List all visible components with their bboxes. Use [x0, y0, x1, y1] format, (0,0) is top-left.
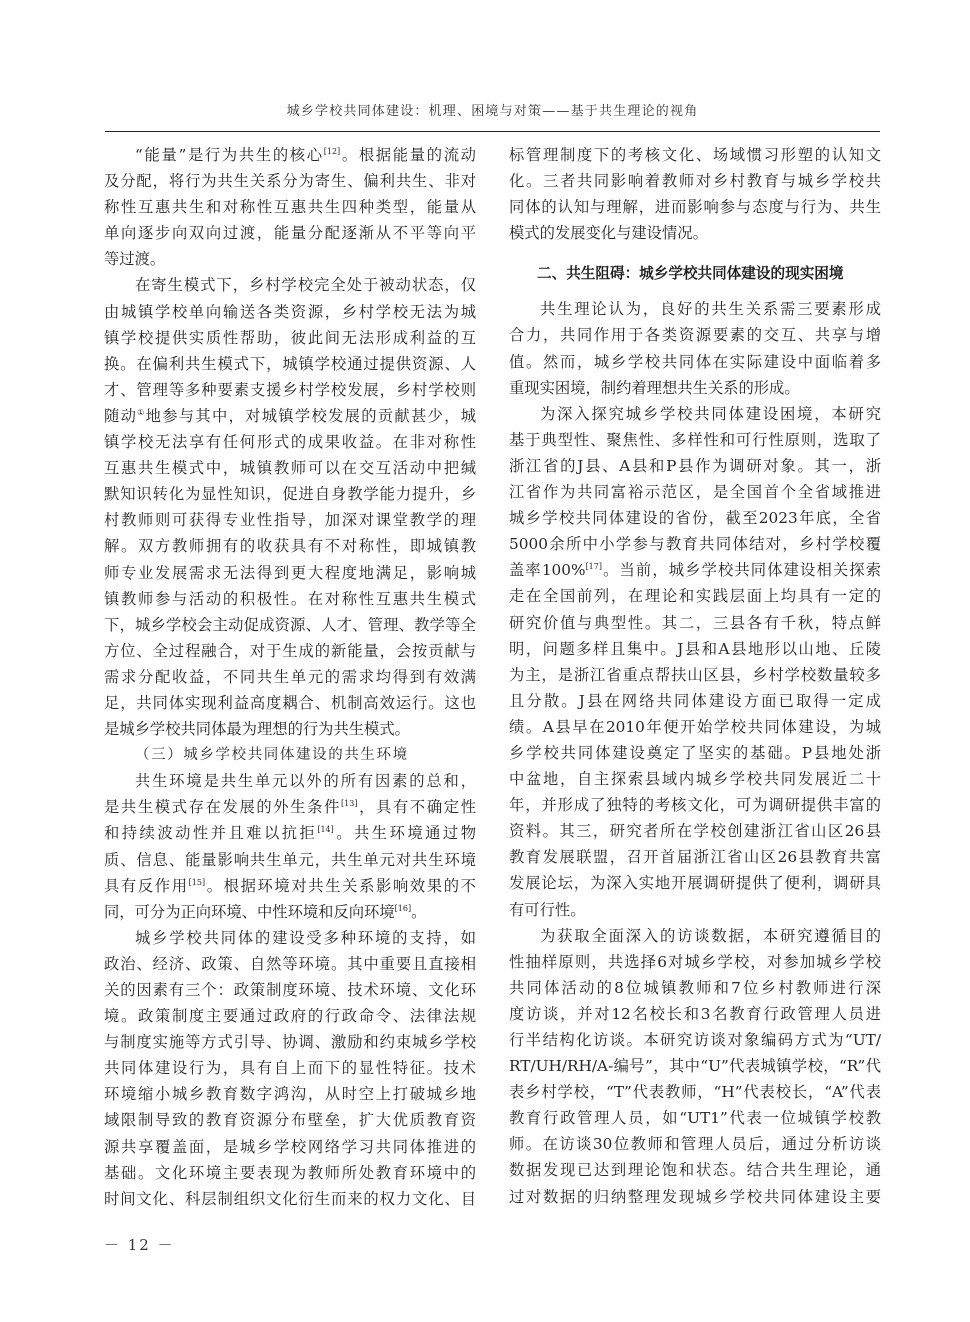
- text-line: 镇教师参与活动的积极性。在对称性互惠共生模式: [104, 586, 476, 612]
- text-line: 行半结构化访谈。本研究访谈对象编码方式为“UT/: [509, 1027, 881, 1053]
- text-line: 数据发现已达到理论饱和状态。结合共生理论，通: [509, 1157, 881, 1183]
- text-line: 江省作为共同富裕示范区，是全国首个全省域推进: [509, 479, 881, 505]
- text-line: 浙江省的J县、A县和P县作为调研对象。其一，浙: [509, 453, 881, 479]
- text-line: 模式的发展变化与建设情况。: [509, 220, 881, 246]
- text-line: 下，城乡学校会主动促成资源、人才、管理、教学等全: [104, 612, 476, 638]
- text-line: 合力，共同作用于各类资源要素的交互、共享与增: [509, 322, 881, 348]
- text-line: 值。然而，城乡学校共同体在实际建设中面临着多: [509, 349, 881, 375]
- text-line: 及分配，将行为共生关系分为寄生、偏利共生、非对: [104, 168, 476, 194]
- text-line: 与制度实施等方式引导、协调、激励和约束城乡学校: [104, 1029, 476, 1055]
- text-line: 在寄生模式下，乡村学校完全处于被动状态，仅: [104, 272, 476, 298]
- text-line: 环境缩小城乡教育数字鸿沟，从时空上打破城乡地: [104, 1081, 476, 1107]
- text-line: 年，并形成了独特的考核文化，可为调研提供丰富的: [509, 792, 881, 818]
- citation-ref[interactable]: [16]: [395, 904, 411, 913]
- text-line: 为主，是浙江省重点帮扶山区县，乡村学校数量较多: [509, 662, 881, 688]
- text-line: 共生环境是共生单元以外的所有因素的总和，: [104, 768, 476, 794]
- text-line: 资料。其三，研究者所在学校创建浙江省山区26县: [509, 818, 881, 844]
- text-line: 方位、全过程融合，对于生成的新能量，会按贡献与: [104, 638, 476, 664]
- paragraph-culture-continued: 标管理制度下的考核文化、场域惯习形塑的认知文 化。三者共同影响着教师对乡村教育与…: [509, 142, 881, 246]
- text-line: 乡学校共同体建设奠定了坚实的基础。P县地处浙: [509, 740, 881, 766]
- text-line: 共同体活动的8位城镇教师和7位乡村教师进行深: [509, 975, 881, 1001]
- text-line: 为获取全面深入的访谈数据，本研究遵循目的: [509, 923, 881, 949]
- subheading-symbiotic-environment: （三）城乡学校共同体建设的共生环境: [104, 742, 476, 768]
- text-line: 度访谈，并对12名校长和3名教育行政管理人员进: [509, 1001, 881, 1027]
- paragraph-symbiosis-modes: 在寄生模式下，乡村学校完全处于被动状态，仅 由城镇学校单向输送各类资源，乡村学校…: [104, 272, 476, 742]
- text-line: 师专业发展需求无法得到更大程度地满足，影响城: [104, 560, 476, 586]
- paragraph-environment-factors: 城乡学校共同体的建设受多种环境的支持，如 政治、经济、政策、自然等环境。其中重要…: [104, 925, 476, 1212]
- text-line: 共同体建设行为，具有自上而下的显性特征。技术: [104, 1055, 476, 1081]
- text-line: 且分散。J县在网络共同体建设方面已取得一定成: [509, 688, 881, 714]
- text-line: 过对数据的归纳整理发现城乡学校共同体建设主要: [509, 1184, 881, 1210]
- paragraph-symbiotic-environment: 共生环境是共生单元以外的所有因素的总和， 是共生模式存在发展的外生条件[13]，…: [104, 768, 476, 925]
- footnote-marker[interactable]: ①: [137, 408, 145, 417]
- paragraph-research-sites: 为深入探究城乡学校共同体建设困境，本研究 基于典型性、聚焦性、多样性和可行性原则…: [509, 401, 881, 923]
- section-heading-symbiosis-obstacles: 二、共生阻碍：城乡学校共同体建设的现实困境: [509, 252, 881, 296]
- text-line: 有可行性。: [509, 897, 881, 923]
- citation-ref[interactable]: [13]: [341, 799, 357, 808]
- text-line: 为深入探究城乡学校共同体建设困境，本研究: [509, 401, 881, 427]
- text-line: 互惠共生模式中，城镇教师可以在交互活动中把缄: [104, 455, 476, 481]
- text-line: 关的因素有三个：政策制度环境、技术环境、文化环: [104, 977, 476, 1003]
- text-line: 化。三者共同影响着教师对乡村教育与城乡学校共: [509, 168, 881, 194]
- text-line: 需求分配收益，不同共生单元的需求均得到有效满: [104, 664, 476, 690]
- text-line: 城乡学校共同体的建设受多种环境的支持，如: [104, 925, 476, 951]
- running-header-title: 城乡学校共同体建设：机理、困境与对策——基于共生理论的视角: [105, 100, 880, 119]
- text-line: 具有反作用[15]。根据环境对共生关系影响效果的不: [104, 873, 476, 899]
- citation-ref[interactable]: [14]: [317, 825, 333, 834]
- citation-ref[interactable]: [17]: [586, 562, 602, 571]
- text-line: 发展论坛，为深入实地开展调研提供了便利，调研具: [509, 870, 881, 896]
- text-line: 村教师则可获得专业性指导，加深对课堂教学的理: [104, 507, 476, 533]
- text-line: 才、管理等多种要素支援乡村学校发展，乡村学校则: [104, 377, 476, 403]
- text-line: 源共享覆盖面，是城乡学校网络学习共同体推进的: [104, 1134, 476, 1160]
- text-line: 重现实困境，制约着理想共生关系的形成。: [509, 375, 881, 401]
- text-line: 换。在偏利共生模式下，城镇学校通过提供资源、人: [104, 351, 476, 377]
- text-line: 师。在访谈30位教师和管理人员后，通过分析访谈: [509, 1131, 881, 1157]
- citation-ref[interactable]: [15]: [189, 878, 205, 887]
- text-line: 镇学校无法享有任何形式的成果收益。在非对称性: [104, 429, 476, 455]
- text-line: “能量”是行为共生的核心[12]。根据能量的流动: [104, 142, 476, 168]
- paragraph-interview-method: 为获取全面深入的访谈数据，本研究遵循目的 性抽样原则，共选择6对城乡学校，对参加…: [509, 923, 881, 1210]
- text-line: 足，共同体实现利益高度耦合、机制高效运行。这也: [104, 690, 476, 716]
- text-line: 称性互惠共生和对称性互惠共生四种类型，能量从: [104, 194, 476, 220]
- text-line: 标管理制度下的考核文化、场域惯习形塑的认知文: [509, 142, 881, 168]
- text-line: 研究价值与典型性。其二，三县各有千秋，特点鲜: [509, 610, 881, 636]
- text-line: 和持续波动性并且难以抗拒[14]。共生环境通过物: [104, 820, 476, 846]
- text-line: 中盆地，自主探索县域内城乡学校共同发展近二十: [509, 766, 881, 792]
- text-line: 默知识转化为显性知识，促进自身教学能力提升，乡: [104, 481, 476, 507]
- text-line: 等过渡。: [104, 246, 476, 272]
- text-line: 教育行政管理人员，如“UT1”代表一位城镇学校教: [509, 1105, 881, 1131]
- citation-ref[interactable]: [12]: [324, 147, 340, 156]
- text-line: 单向逐步向双向过渡，能量分配逐渐从不平等向平: [104, 220, 476, 246]
- text-line: 明，问题多样且集中。J县和A县地形以山地、丘陵: [509, 636, 881, 662]
- text-line: 时间文化、科层制组织文化衍生而来的权力文化、目: [104, 1186, 476, 1212]
- page-number: － 12 －: [104, 1234, 175, 1255]
- left-column: “能量”是行为共生的核心[12]。根据能量的流动 及分配，将行为共生关系分为寄生…: [104, 142, 476, 1212]
- text-line: 随动①地参与其中，对城镇学校发展的贡献甚少，城: [104, 403, 476, 429]
- paragraph-energy: “能量”是行为共生的核心[12]。根据能量的流动 及分配，将行为共生关系分为寄生…: [104, 142, 476, 272]
- text-line: 解。双方教师拥有的收获具有不对称性，即城镇教: [104, 533, 476, 559]
- text-line: 5000余所中小学参与教育共同体结对，乡村学校覆: [509, 531, 881, 557]
- text-line: 性抽样原则，共选择6对城乡学校，对参加城乡学校: [509, 949, 881, 975]
- text-line: 走在全国前列，在理论和实践层面上均具有一定的: [509, 583, 881, 609]
- text-line: 基础。文化环境主要表现为教师所处教育环境中的: [104, 1160, 476, 1186]
- text-line: 同，可分为正向环境、中性环境和反向环境[16]。: [104, 899, 476, 925]
- text-line: 城乡学校共同体建设的省份，截至2023年底，全省: [509, 505, 881, 531]
- paragraph-three-elements: 共生理论认为，良好的共生关系需三要素形成 合力，共同作用于各类资源要素的交互、共…: [509, 296, 881, 400]
- text-line: 绩。A县早在2010年便开始学校共同体建设，为城: [509, 714, 881, 740]
- text-line: 教育发展联盟，召开首届浙江省山区26县教育共富: [509, 844, 881, 870]
- text-line: 政治、经济、政策、自然等环境。其中重要且直接相: [104, 951, 476, 977]
- text-line: 域限制导致的教育资源分布壁垒，扩大优质教育资: [104, 1107, 476, 1133]
- text-line: 共生理论认为，良好的共生关系需三要素形成: [509, 296, 881, 322]
- text-line: 表乡村学校，“T”代表教师，“H”代表校长，“A”代表: [509, 1079, 881, 1105]
- text-line: 是共生模式存在发展的外生条件[13]，具有不确定性: [104, 794, 476, 820]
- text-line: 质、信息、能量影响共生单元，共生单元对共生环境: [104, 847, 476, 873]
- text-line: 盖率100%[17]。当前，城乡学校共同体建设相关探索: [509, 557, 881, 583]
- header-rule: [105, 131, 880, 132]
- text-line: 同体的认知与理解，进而影响参与态度与行为、共生: [509, 194, 881, 220]
- text-line: 镇学校提供实质性帮助，彼此间无法形成利益的互: [104, 325, 476, 351]
- text-line: 境。政策制度主要通过政府的行政命令、法律法规: [104, 1003, 476, 1029]
- text-line: 是城乡学校共同体最为理想的行为共生模式。: [104, 716, 476, 742]
- text-line: 基于典型性、聚焦性、多样性和可行性原则，选取了: [509, 427, 881, 453]
- text-line: 由城镇学校单向输送各类资源，乡村学校无法为城: [104, 299, 476, 325]
- text-line: RT/UH/RH/A-编号”，其中“U”代表城镇学校，“R”代: [509, 1053, 881, 1079]
- right-column: 标管理制度下的考核文化、场域惯习形塑的认知文 化。三者共同影响着教师对乡村教育与…: [509, 142, 881, 1210]
